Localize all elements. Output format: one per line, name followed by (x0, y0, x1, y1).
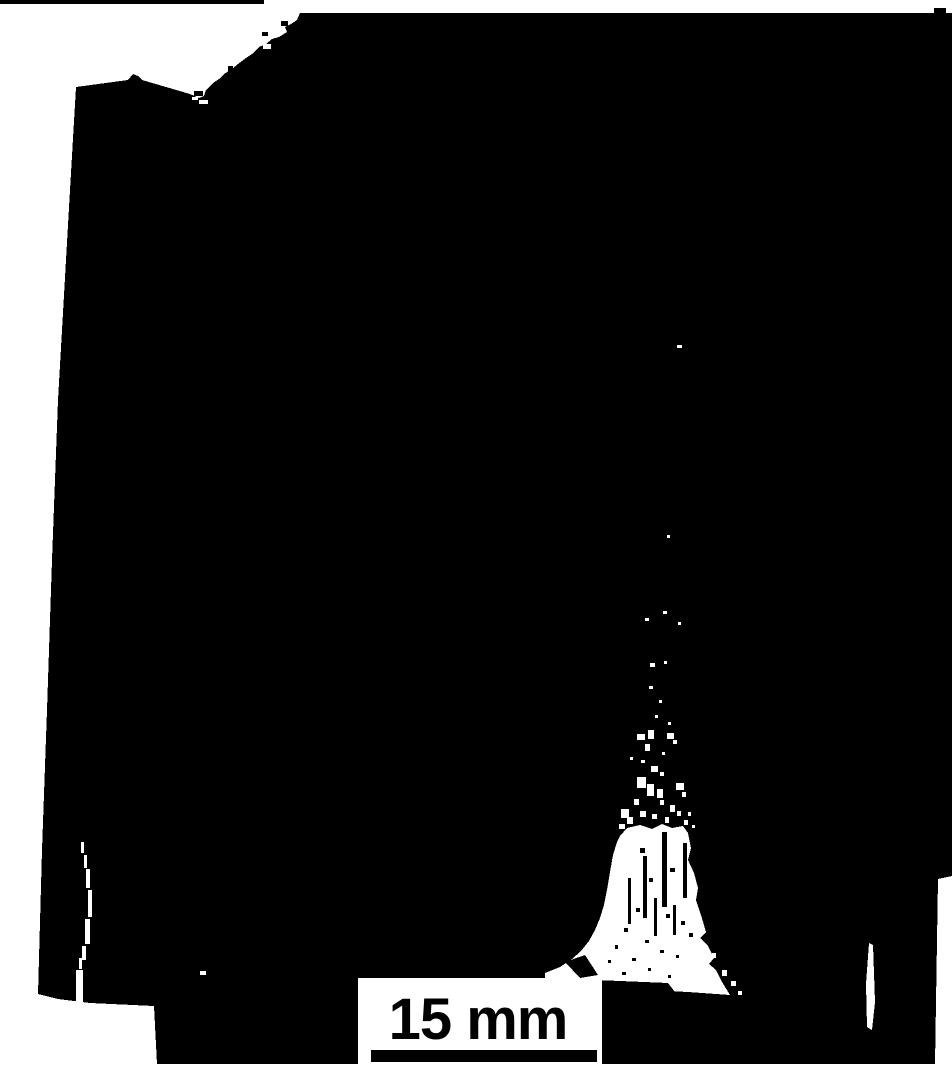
scale-bar-line (371, 1050, 597, 1062)
scale-bar: 15 mm (358, 978, 602, 1081)
scale-bar-label: 15 mm (389, 987, 568, 1052)
specimen-body (38, 13, 952, 1064)
specimen-photo-svg: 15 mm (0, 0, 952, 1081)
figure-photo: 15 mm (0, 0, 952, 1081)
top-edge-strip (0, 0, 264, 4)
top-right-notch (934, 8, 946, 14)
specimen-silhouette (0, 0, 952, 1064)
